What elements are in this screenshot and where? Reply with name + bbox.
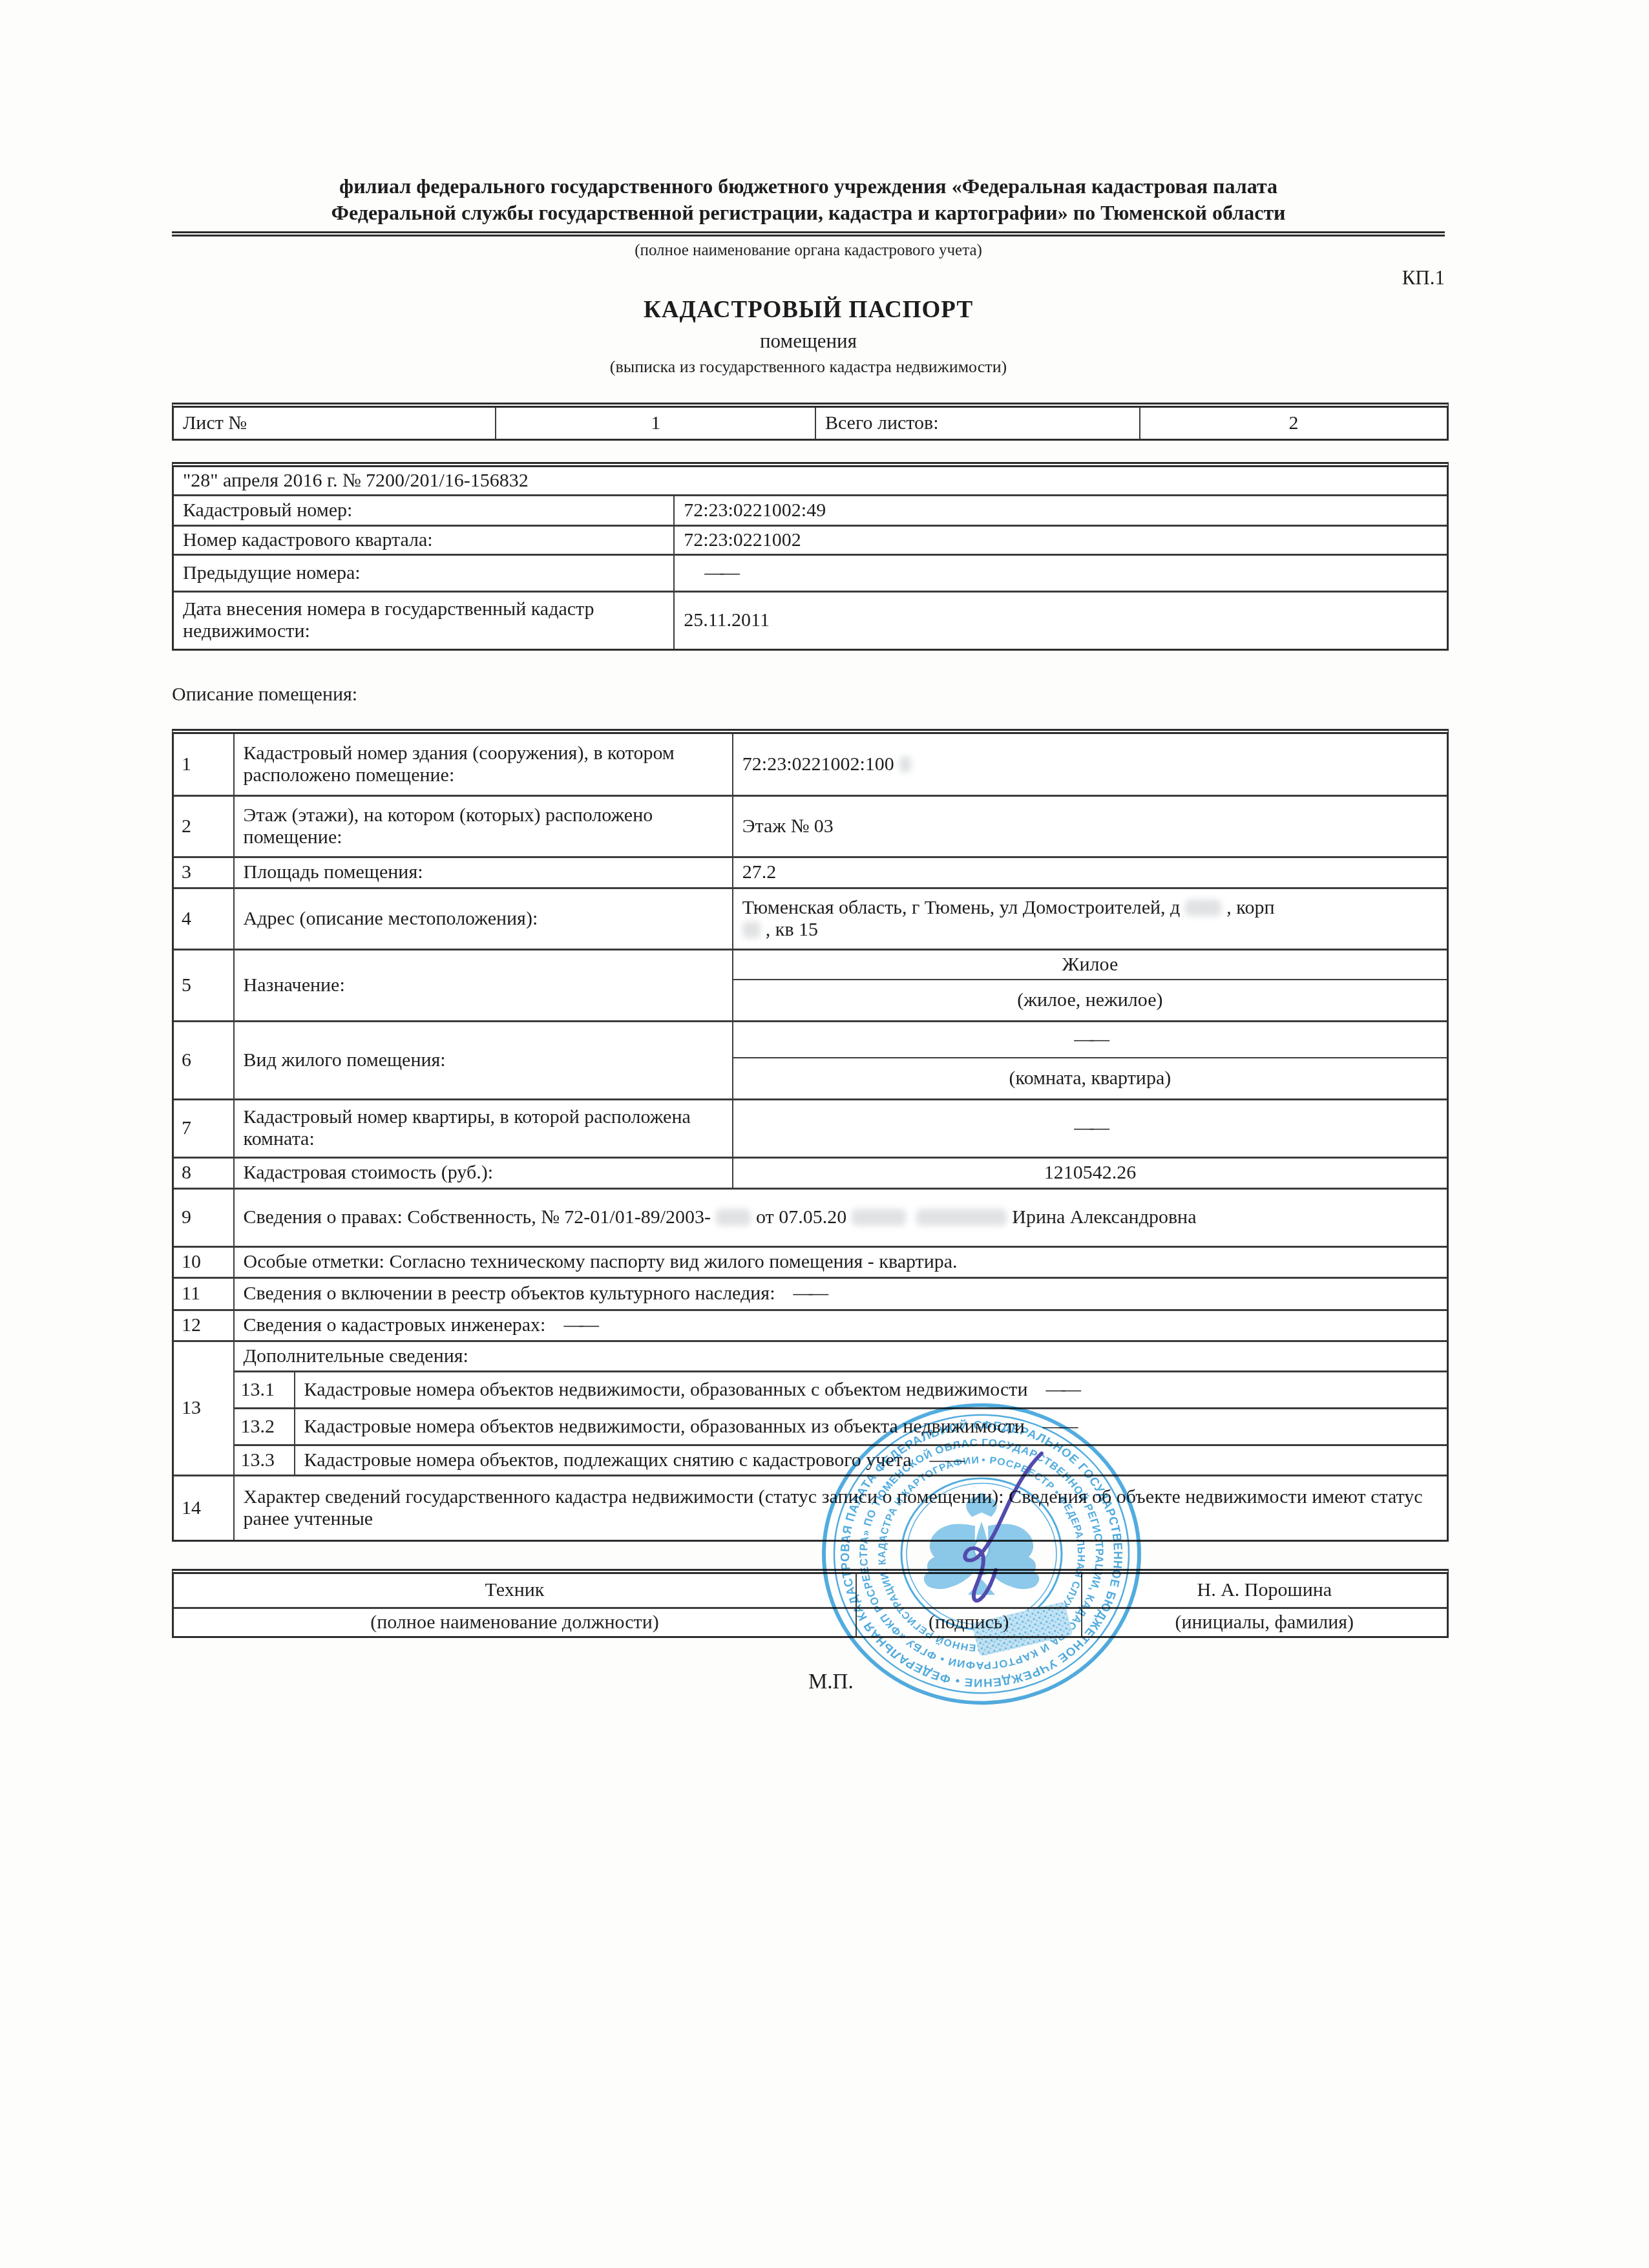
redacted-text bbox=[899, 756, 911, 773]
org-name-line2: Федеральной службы государственной регис… bbox=[172, 200, 1445, 226]
total-sheets-value: 2 bbox=[1140, 408, 1447, 439]
table-row-12: 12 Сведения о кадастровых инженерах:—— bbox=[174, 1310, 1447, 1341]
signature-captions-row: (полное наименование должности) (подпись… bbox=[174, 1608, 1447, 1636]
dash-value: —— bbox=[1074, 1117, 1106, 1139]
special-notes: Особые отметки: Согласно техническому па… bbox=[234, 1246, 1447, 1277]
purpose-hint: (жилое, нежилое) bbox=[733, 980, 1447, 1020]
sub-row-number: 13.2 bbox=[235, 1409, 295, 1444]
table-row-14: 14 Характер сведений государственного ка… bbox=[174, 1475, 1447, 1540]
quarter-number-value: 72:23:0221002 bbox=[674, 526, 1447, 555]
redacted-text bbox=[852, 1209, 906, 1226]
row-number: 12 bbox=[174, 1310, 234, 1341]
meta-table: "28" апреля 2016 г. № 7200/201/16-156832… bbox=[172, 462, 1449, 651]
table-row-3: 3 Площадь помещения: 27.2 bbox=[174, 857, 1447, 888]
purpose-label: Назначение: bbox=[234, 949, 733, 1021]
row-number: 11 bbox=[174, 1277, 234, 1310]
signature-table: Техник Н. А. Порошина (полное наименован… bbox=[172, 1569, 1449, 1638]
document-subtitle: помещения bbox=[172, 330, 1445, 353]
row-number: 9 bbox=[174, 1188, 234, 1246]
dwelling-type-label: Вид жилого помещения: bbox=[234, 1021, 733, 1099]
official-round-stamp: ФЕДЕРАЛЬНОЕ ГОСУДАРСТВЕННОЕ БЮДЖЕТНОЕ УЧ… bbox=[819, 1401, 1144, 1707]
sub-row-number: 13.1 bbox=[235, 1372, 295, 1407]
dwelling-type-hint: (комната, квартира) bbox=[733, 1058, 1447, 1098]
rights-part1: Сведения о правах: Собственность, № 72-0… bbox=[244, 1206, 711, 1228]
heritage-registry-info: Сведения о включении в реестр объектов к… bbox=[234, 1277, 1447, 1310]
formed-with-object-text: Кадастровые номера объектов недвижимости… bbox=[304, 1379, 1028, 1401]
stamp-code-band bbox=[971, 1602, 1073, 1657]
cadastral-engineers-info: Сведения о кадастровых инженерах:—— bbox=[234, 1310, 1447, 1341]
cadastral-cost-label: Кадастровая стоимость (руб.): bbox=[234, 1157, 733, 1188]
previous-numbers-value: —— bbox=[674, 555, 1447, 592]
table-row-10: 10 Особые отметки: Согласно техническому… bbox=[174, 1246, 1447, 1277]
description-table: 1 Кадастровый номер здания (сооружения),… bbox=[172, 729, 1449, 1542]
dash-value: —— bbox=[1074, 1029, 1106, 1051]
rights-part3: Ирина Александровна bbox=[1012, 1206, 1196, 1228]
date-number-line: "28" апреля 2016 г. № 7200/201/16-156832 bbox=[174, 467, 1447, 496]
sheet-table: Лист № 1 Всего листов: 2 bbox=[172, 403, 1449, 441]
sub-row-number: 13.3 bbox=[235, 1446, 295, 1475]
dwelling-type-value: —— bbox=[733, 1022, 1447, 1058]
table-row-1: 1 Кадастровый номер здания (сооружения),… bbox=[174, 734, 1447, 795]
table-row-13: 13 Дополнительные сведения: 13.1 Кадастр… bbox=[174, 1341, 1447, 1475]
sheet-number-value: 1 bbox=[496, 408, 815, 439]
table-row-8: 8 Кадастровая стоимость (руб.): 1210542.… bbox=[174, 1157, 1447, 1188]
cadastral-cost-value: 1210542.26 bbox=[733, 1157, 1447, 1188]
address-value: Тюменская область, г Тюмень, ул Домостро… bbox=[733, 888, 1447, 949]
total-sheets-label: Всего листов: bbox=[815, 408, 1140, 439]
address-label: Адрес (описание местоположения): bbox=[234, 888, 733, 949]
purpose-value: Жилое bbox=[733, 950, 1447, 980]
address-part3: , кв 15 bbox=[766, 919, 818, 940]
entry-date-value: 25.11.2011 bbox=[674, 592, 1447, 649]
purpose-value-cell: Жилое (жилое, нежилое) bbox=[733, 949, 1447, 1021]
cadastral-engineers-text: Сведения о кадастровых инженерах: bbox=[244, 1314, 546, 1336]
table-row: "28" апреля 2016 г. № 7200/201/16-156832 bbox=[174, 467, 1447, 496]
heritage-registry-text: Сведения о включении в реестр объектов к… bbox=[244, 1283, 775, 1304]
previous-numbers-label: Предыдущие номера: bbox=[174, 555, 674, 592]
redacted-text bbox=[716, 1209, 751, 1226]
entry-date-label: Дата внесения номера в государственный к… bbox=[174, 592, 674, 649]
dash-value: —— bbox=[793, 1283, 824, 1304]
redacted-text bbox=[1185, 899, 1221, 916]
row-number: 7 bbox=[174, 1099, 234, 1157]
address-part1: Тюменская область, г Тюмень, ул Домостро… bbox=[742, 897, 1181, 918]
signature-row: Техник Н. А. Порошина bbox=[174, 1574, 1447, 1608]
flat-cadastral-number-value: —— bbox=[733, 1099, 1447, 1157]
row-number: 8 bbox=[174, 1157, 234, 1188]
section-title: Описание помещения: bbox=[172, 684, 1445, 706]
floor-value: Этаж № 03 bbox=[733, 795, 1447, 857]
org-caption: (полное наименование органа кадастрового… bbox=[172, 242, 1445, 260]
address-line2: , кв 15 bbox=[742, 919, 1438, 941]
redacted-text bbox=[916, 1209, 1007, 1226]
table-row: Номер кадастрового квартала: 72:23:02210… bbox=[174, 526, 1447, 555]
org-name: филиал федерального государственного бюд… bbox=[172, 173, 1445, 236]
row-number: 5 bbox=[174, 949, 234, 1021]
sheet-number-label: Лист № bbox=[174, 408, 496, 439]
row-number: 4 bbox=[174, 888, 234, 949]
quarter-number-label: Номер кадастрового квартала: bbox=[174, 526, 674, 555]
cadastral-number-value: 72:23:0221002:49 bbox=[674, 496, 1447, 526]
building-cadastral-number-label: Кадастровый номер здания (сооружения), в… bbox=[234, 734, 733, 795]
row-number: 2 bbox=[174, 795, 234, 857]
row-number: 14 bbox=[174, 1475, 234, 1540]
cadastral-number-label: Кадастровый номер: bbox=[174, 496, 674, 526]
area-label: Площадь помещения: bbox=[234, 857, 733, 888]
dwelling-type-value-cell: —— (комната, квартира) bbox=[733, 1021, 1447, 1099]
position-caption: (полное наименование должности) bbox=[174, 1608, 856, 1636]
rights-info: Сведения о правах: Собственность, № 72-0… bbox=[234, 1188, 1447, 1246]
building-cadastral-number-text: 72:23:0221002:100 bbox=[742, 753, 894, 775]
table-row-9: 9 Сведения о правах: Собственность, № 72… bbox=[174, 1188, 1447, 1246]
table-row-2: 2 Этаж (этажи), на котором (которых) рас… bbox=[174, 795, 1447, 857]
row-number: 1 bbox=[174, 734, 234, 795]
table-row-11: 11 Сведения о включении в реестр объекто… bbox=[174, 1277, 1447, 1310]
area-value: 27.2 bbox=[733, 857, 1447, 888]
document-caption: (выписка из государственного кадастра не… bbox=[172, 357, 1445, 377]
org-header: филиал федерального государственного бюд… bbox=[172, 173, 1445, 236]
row-number: 13 bbox=[174, 1341, 234, 1475]
additional-info-header: Дополнительные сведения: bbox=[235, 1342, 1447, 1372]
address-line1: Тюменская область, г Тюмень, ул Домостро… bbox=[742, 897, 1438, 919]
table-row-6: 6 Вид жилого помещения: —— (комната, ква… bbox=[174, 1021, 1447, 1099]
table-row: Предыдущие номера: —— bbox=[174, 555, 1447, 592]
table-row: Кадастровый номер: 72:23:0221002:49 bbox=[174, 496, 1447, 526]
eagle-emblem bbox=[924, 1493, 1040, 1595]
floor-label: Этаж (этажи), на котором (которых) распо… bbox=[234, 795, 733, 857]
table-row-7: 7 Кадастровый номер квартиры, в которой … bbox=[174, 1099, 1447, 1157]
dash-value: —— bbox=[563, 1314, 595, 1336]
row-number: 10 bbox=[174, 1246, 234, 1277]
row-number: 3 bbox=[174, 857, 234, 888]
form-code: КП.1 bbox=[172, 266, 1445, 289]
address-part2: , корп bbox=[1226, 897, 1274, 918]
sheet-row: Лист № 1 Всего листов: 2 bbox=[174, 408, 1447, 439]
flat-cadastral-number-label: Кадастровый номер квартиры, в которой ра… bbox=[234, 1099, 733, 1157]
dash-value: —— bbox=[704, 562, 736, 583]
document-title: КАДАСТРОВЫЙ ПАСПОРТ bbox=[172, 296, 1445, 324]
row-number: 6 bbox=[174, 1021, 234, 1099]
rights-part2: от 07.05.20 bbox=[756, 1206, 846, 1228]
table-row-4: 4 Адрес (описание местоположения): Тюмен… bbox=[174, 888, 1447, 949]
building-cadastral-number-value: 72:23:0221002:100 bbox=[733, 734, 1447, 795]
redacted-text bbox=[742, 921, 761, 938]
dash-value: —— bbox=[1046, 1379, 1078, 1401]
table-row: Дата внесения номера в государственный к… bbox=[174, 592, 1447, 649]
org-name-line1: филиал федерального государственного бюд… bbox=[172, 173, 1445, 200]
stamp-graphic: ФЕДЕРАЛЬНОЕ ГОСУДАРСТВЕННОЕ БЮДЖЕТНОЕ УЧ… bbox=[819, 1401, 1144, 1707]
table-row-5: 5 Назначение: Жилое (жилое, нежилое) bbox=[174, 949, 1447, 1021]
position-value: Техник bbox=[174, 1574, 856, 1608]
